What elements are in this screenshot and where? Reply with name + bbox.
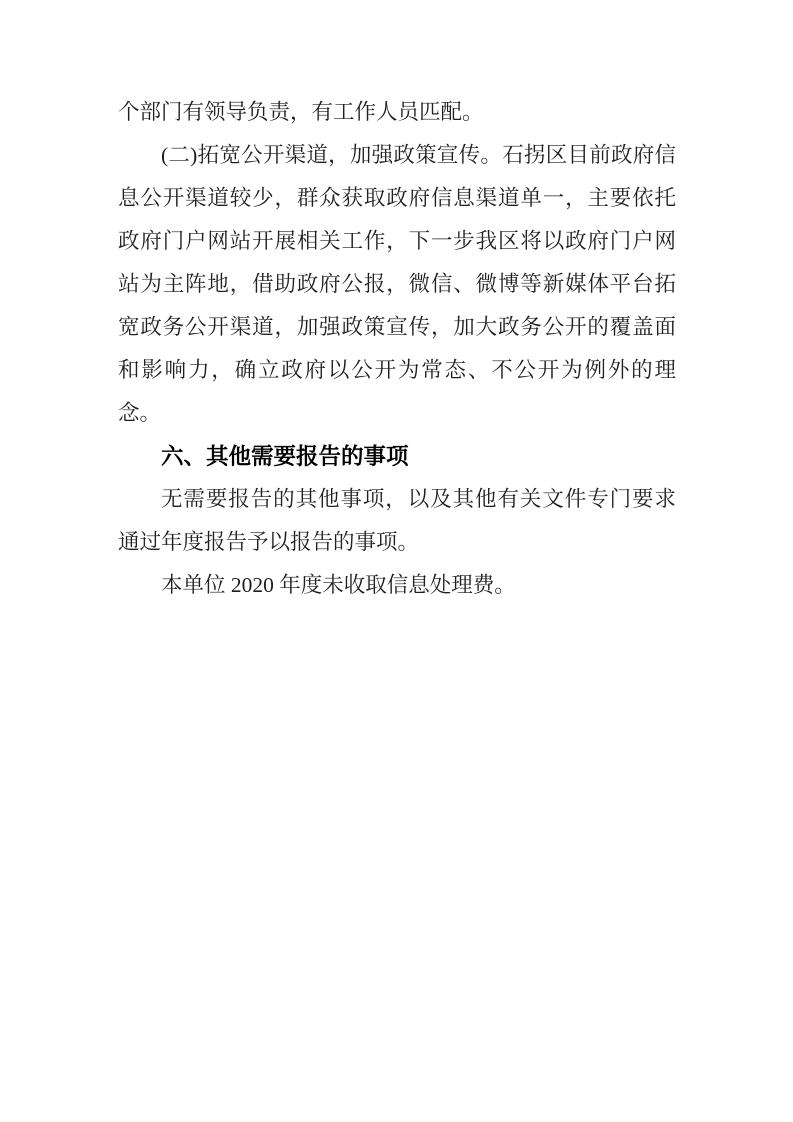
paragraph-no-other-matters: 无需要报告的其他事项，以及其他有关文件专门要求通过年度报告予以报告的事项。 [118, 478, 676, 564]
paragraph-section-two-channels: (二)拓宽公开渠道，加强政策宣传。石拐区目前政府信息公开渠道较少，群众获取政府信… [118, 134, 676, 435]
document-page: 个部门有领导负责，有工作人员匹配。 (二)拓宽公开渠道，加强政策宣传。石拐区目前… [0, 0, 793, 1122]
paragraph-fee-statement: 本单位 2020 年度未收取信息处理费。 [118, 564, 676, 607]
section-heading-other-matters: 六、其他需要报告的事项 [118, 435, 676, 478]
document-body: 个部门有领导负责，有工作人员匹配。 (二)拓宽公开渠道，加强政策宣传。石拐区目前… [118, 91, 676, 607]
paragraph-continuation: 个部门有领导负责，有工作人员匹配。 [118, 91, 676, 134]
